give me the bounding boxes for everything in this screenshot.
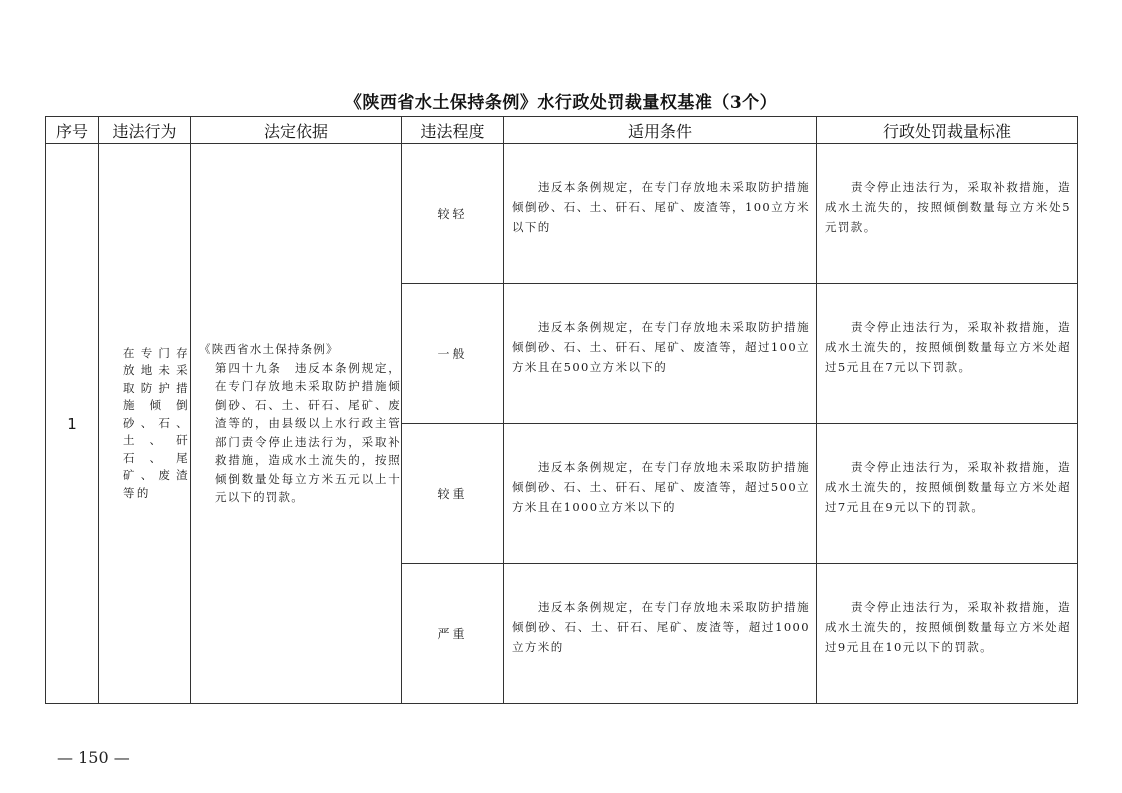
penalty-text: 责令停止违法行为，采取补救措施，造成水土流失的，按照倾倒数量每立方米处超过5元且… [817, 317, 1077, 391]
seq-cell: 1 [46, 144, 99, 704]
header-violation: 违法行为 [99, 117, 191, 144]
header-legal-basis: 法定依据 [191, 117, 402, 144]
document-title: 《陕西省水土保持条例》水行政处罚裁量权基准（3个） [0, 88, 1122, 113]
penalty-cell: 责令停止违法行为，采取补救措施，造成水土流失的，按照倾倒数量每立方米处超过7元且… [817, 424, 1078, 564]
severity-cell: 较重 [402, 424, 504, 564]
law-name: 《陕西省水土保持条例》 [191, 340, 401, 359]
penalty-cell: 责令停止违法行为，采取补救措施，造成水土流失的，按照倾倒数量每立方米处超过5元且… [817, 284, 1078, 424]
table-header-row: 序号 违法行为 法定依据 违法程度 适用条件 行政处罚裁量标准 [46, 117, 1078, 144]
severity-cell: 较轻 [402, 144, 504, 284]
condition-cell: 违反本条例规定，在专门存放地未采取防护措施倾倒砂、石、土、矸石、尾矿、废渣等，超… [504, 284, 817, 424]
penalty-discretion-table: 序号 违法行为 法定依据 违法程度 适用条件 行政处罚裁量标准 1 在专门存放地… [45, 116, 1078, 704]
condition-cell: 违反本条例规定，在专门存放地未采取防护措施倾倒砂、石、土、矸石、尾矿、废渣等，1… [504, 144, 817, 284]
penalty-text: 责令停止违法行为，采取补救措施，造成水土流失的，按照倾倒数量每立方米处5元罚款。 [817, 177, 1077, 251]
legal-basis-cell: 《陕西省水土保持条例》 第四十九条 违反本条例规定，在专门存放地未采取防护措施倾… [191, 144, 402, 704]
violation-cell: 在专门存放地未采取防护措施倾倒砂、石、土、矸石、尾矿、废渣等的 [99, 144, 191, 704]
header-severity: 违法程度 [402, 117, 504, 144]
page-number: — 150 — [57, 748, 130, 767]
header-seq: 序号 [46, 117, 99, 144]
severity-cell: 严重 [402, 564, 504, 704]
severity-cell: 一般 [402, 284, 504, 424]
header-penalty-standard: 行政处罚裁量标准 [817, 117, 1078, 144]
penalty-text: 责令停止违法行为，采取补救措施，造成水土流失的，按照倾倒数量每立方米处超过9元且… [817, 597, 1077, 671]
condition-text: 违反本条例规定，在专门存放地未采取防护措施倾倒砂、石、土、矸石、尾矿、废渣等，超… [504, 457, 816, 531]
table-row: 1 在专门存放地未采取防护措施倾倒砂、石、土、矸石、尾矿、废渣等的 《陕西省水土… [46, 144, 1078, 284]
condition-text: 违反本条例规定，在专门存放地未采取防护措施倾倒砂、石、土、矸石、尾矿、废渣等，超… [504, 317, 816, 391]
penalty-cell: 责令停止违法行为，采取补救措施，造成水土流失的，按照倾倒数量每立方米处超过9元且… [817, 564, 1078, 704]
violation-text: 在专门存放地未采取防护措施倾倒砂、石、土、矸石、尾矿、废渣等的 [99, 345, 190, 503]
law-article: 第四十九条 违反本条例规定，在专门存放地未采取防护措施倾倒砂、石、土、矸石、尾矿… [191, 359, 401, 507]
condition-text: 违反本条例规定，在专门存放地未采取防护措施倾倒砂、石、土、矸石、尾矿、废渣等，超… [504, 597, 816, 671]
condition-cell: 违反本条例规定，在专门存放地未采取防护措施倾倒砂、石、土、矸石、尾矿、废渣等，超… [504, 564, 817, 704]
penalty-text: 责令停止违法行为，采取补救措施，造成水土流失的，按照倾倒数量每立方米处超过7元且… [817, 457, 1077, 531]
penalty-cell: 责令停止违法行为，采取补救措施，造成水土流失的，按照倾倒数量每立方米处5元罚款。 [817, 144, 1078, 284]
condition-text: 违反本条例规定，在专门存放地未采取防护措施倾倒砂、石、土、矸石、尾矿、废渣等，1… [504, 177, 816, 251]
condition-cell: 违反本条例规定，在专门存放地未采取防护措施倾倒砂、石、土、矸石、尾矿、废渣等，超… [504, 424, 817, 564]
header-conditions: 适用条件 [504, 117, 817, 144]
